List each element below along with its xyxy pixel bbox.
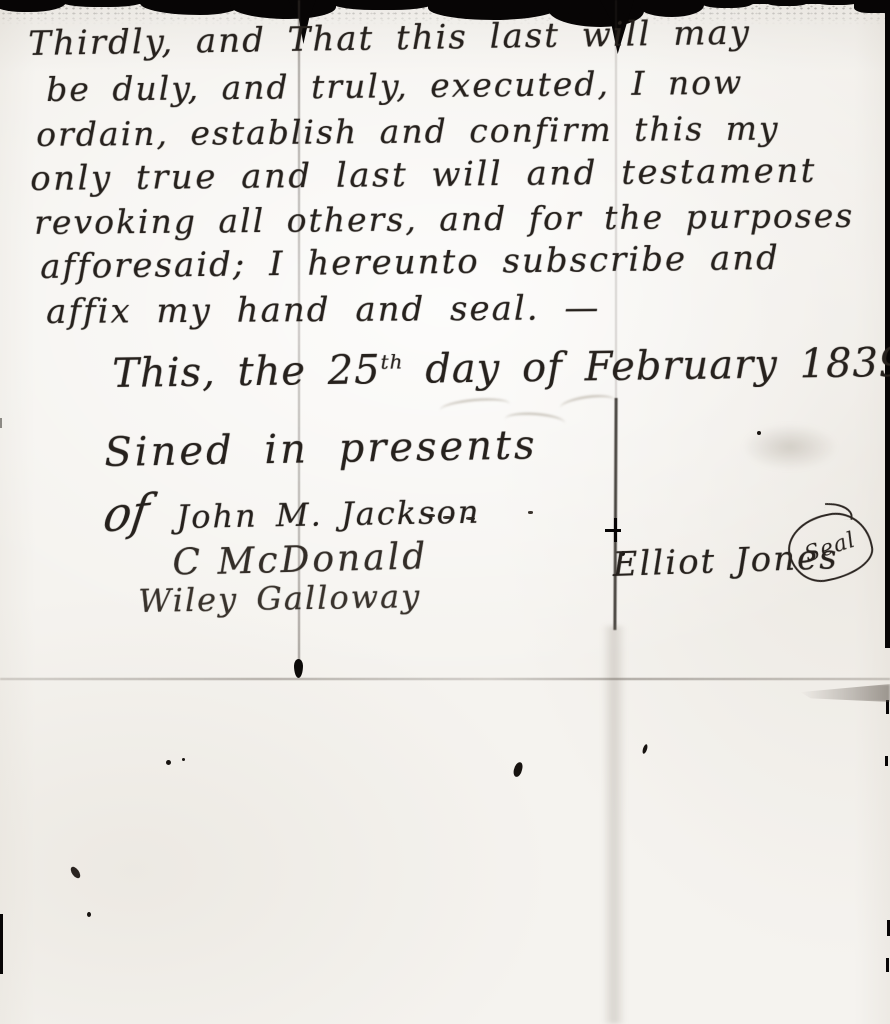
- handwritten-line-4: only true and last will and testament: [30, 151, 817, 199]
- handwritten-line-6: afforesaid; I hereunto subscribe and: [40, 238, 780, 287]
- date-line-ordinal: th: [380, 350, 403, 374]
- bleed-through-smudge: [742, 424, 838, 470]
- ink-speck: [513, 761, 524, 777]
- scan-artifact-right-edge: [885, 0, 890, 648]
- witness-of-label: of: [100, 483, 152, 543]
- seal-text: Seal: [801, 527, 858, 567]
- bleed-through-mark: [439, 396, 510, 418]
- ink-speck: [166, 760, 171, 765]
- witness-signature-1: John M. Jackson: [176, 493, 481, 536]
- left-edge-mark: [0, 418, 2, 428]
- fold-line-horizontal: [0, 678, 890, 680]
- attestation-line: Sined in presents: [104, 422, 538, 476]
- ink-speck: [87, 912, 91, 917]
- date-line-pre: This, the 25: [112, 347, 381, 397]
- right-edge-mark: [885, 756, 888, 766]
- fold-cross-mark: [605, 529, 621, 532]
- ink-dash: [528, 511, 533, 514]
- handwritten-line-7: affix my hand and seal. —: [46, 288, 601, 332]
- fold-smudge-wedge: [800, 684, 890, 702]
- witness-signature-3: Wiley Galloway: [138, 577, 422, 620]
- ink-speck: [642, 744, 649, 755]
- handwritten-line-3: ordain, establish and confirm this my: [36, 109, 780, 154]
- date-line-post: day of February 1839.: [403, 340, 890, 393]
- scanned-document-page: Thirdly, and That this last will may be …: [0, 0, 890, 1024]
- handwritten-line-2: be duly, and truly, executed, I now: [46, 63, 744, 109]
- fold-line-vertical-right-dark: [613, 398, 617, 630]
- scan-artifact-left-edge: [0, 914, 3, 974]
- bleed-through-mark: [559, 392, 616, 415]
- fold-smudge-column: [602, 626, 626, 1024]
- ink-speck: [69, 865, 82, 880]
- ink-speck: [182, 758, 185, 761]
- right-edge-mark: [886, 700, 889, 714]
- date-line: This, the 25th day of February 1839.: [112, 340, 890, 397]
- handwritten-line-5: revoking all others, and for the purpose…: [34, 196, 854, 242]
- fold-ink-blob: [294, 659, 303, 678]
- right-edge-mark: [886, 958, 889, 972]
